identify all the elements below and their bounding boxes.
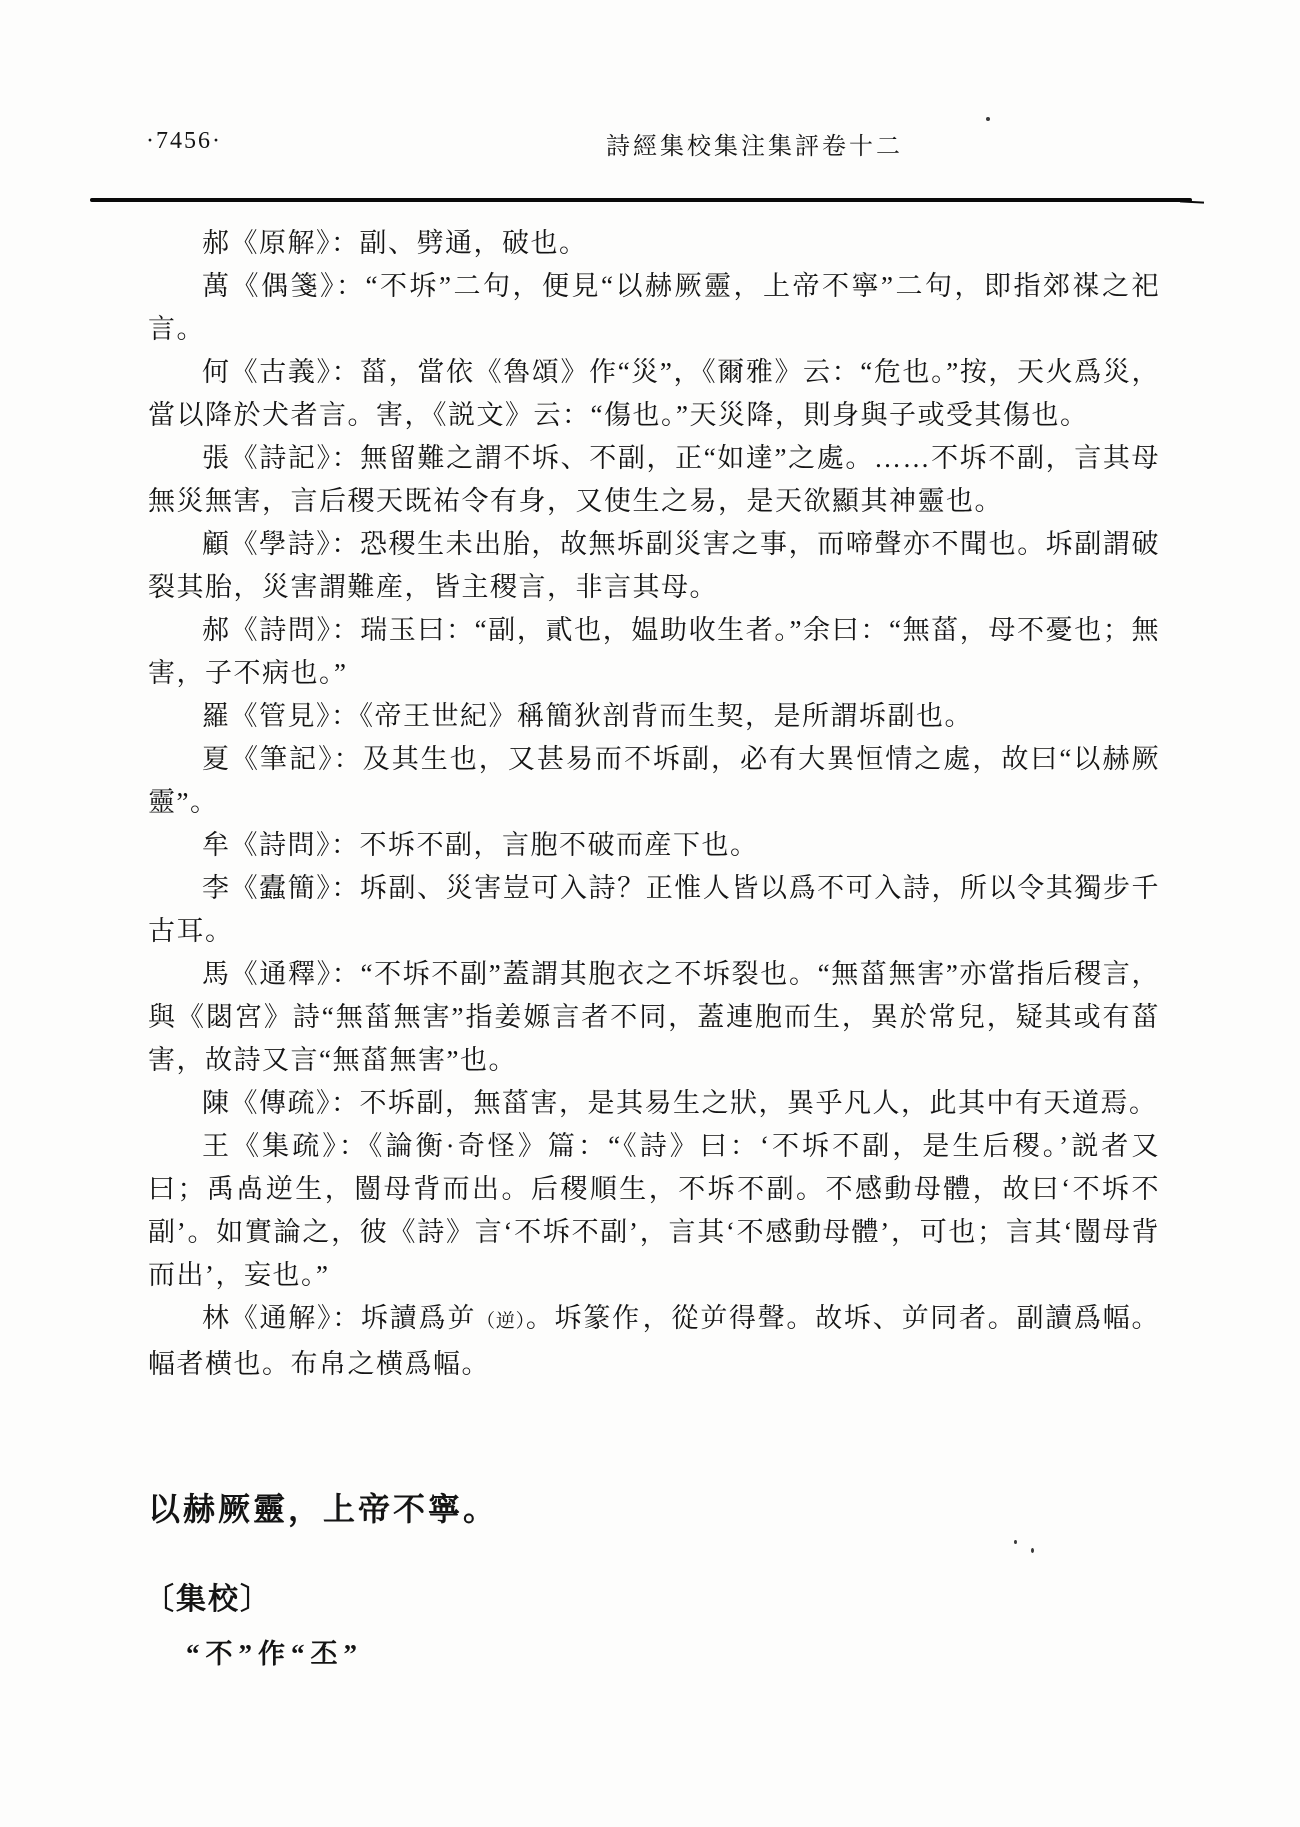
commentary-paragraph: 牟《詩問》：不坼不副，言胞不破而産下也。 [148, 824, 1160, 867]
commentary-paragraph: 顧《學詩》：恐稷生未出胎，故無坼副災害之事，而啼聲亦不聞也。坼副謂破裂其胎，災害… [148, 523, 1160, 609]
commentary-paragraph: 郝《詩問》：瑞玉曰：“副，貳也，媪助收生者。”余曰：“無菑，母不憂也；無害，子不… [148, 609, 1160, 695]
scan-speck [1014, 1540, 1017, 1544]
commentary-paragraph: 王《集疏》：《論衡·奇怪》篇：“《詩》曰：‘不坼不副，是生后稷。’説者又曰；禹卨… [148, 1125, 1160, 1297]
gloss-small-text: （逆） [476, 1311, 526, 1332]
commentary-paragraph: 夏《筆記》：及其生也，又甚易而不坼副，必有大異恒情之處，故曰“以赫厥靈”。 [148, 738, 1160, 824]
commentary-paragraph: 羅《管見》：《帝王世紀》稱簡狄剖背而生契，是所謂坼副也。 [148, 695, 1160, 738]
commentary-text: 郝《原解》：副、劈通，破也。 萬《偶箋》：“不坼”二句，便見“以赫厥靈，上帝不寧… [148, 222, 1160, 1386]
running-title: 詩經集校集注集評卷十二 [606, 126, 903, 161]
commentary-paragraph: 李《蠹簡》：坼副、災害豈可入詩？正惟人皆以爲不可入詩，所以令其獨步千古耳。 [148, 867, 1160, 953]
verse-heading: 以赫厥靈，上帝不寧。 [148, 1484, 498, 1530]
header-rule [90, 198, 1192, 202]
commentary-paragraph: 萬《偶箋》：“不坼”二句，便見“以赫厥靈，上帝不寧”二句，即指郊禖之祀言。 [148, 265, 1160, 351]
commentary-paragraph: 馬《通釋》：“不坼不副”蓋謂其胞衣之不坼裂也。“無菑無害”亦當指后稷言，與《閟宮… [148, 953, 1160, 1082]
commentary-paragraph: 張《詩記》：無留難之謂不坼、不副，正“如達”之處。……不坼不副，言其母無災無害，… [148, 437, 1160, 523]
page-number: ·7456· [146, 128, 222, 155]
collation-entry: “不”作“丕” [186, 1632, 363, 1671]
collation-section-heading: 〔集校〕 [144, 1574, 272, 1618]
commentary-paragraph: 林《通解》：坼讀爲屰（逆）。坼篆作𡍩，從屰得聲。故坼、屰同者。副讀爲幅。幅者横也… [148, 1297, 1160, 1386]
book-page: ·7456· 詩經集校集注集評卷十二 郝《原解》：副、劈通，破也。 萬《偶箋》：… [0, 0, 1300, 1827]
commentary-paragraph: 陳《傳疏》：不坼副，無菑害，是其易生之狀，異乎凡人，此其中有天道焉。 [148, 1082, 1160, 1125]
paragraph-text: 林《通解》：坼讀爲屰 [202, 1303, 476, 1333]
scan-speck [986, 117, 990, 121]
commentary-paragraph: 何《古義》：菑，當依《魯頌》作“災”，《爾雅》云：“危也。”按，天火爲災，當以降… [148, 351, 1160, 437]
scan-speck [1031, 1548, 1034, 1553]
commentary-paragraph: 郝《原解》：副、劈通，破也。 [148, 222, 1160, 265]
